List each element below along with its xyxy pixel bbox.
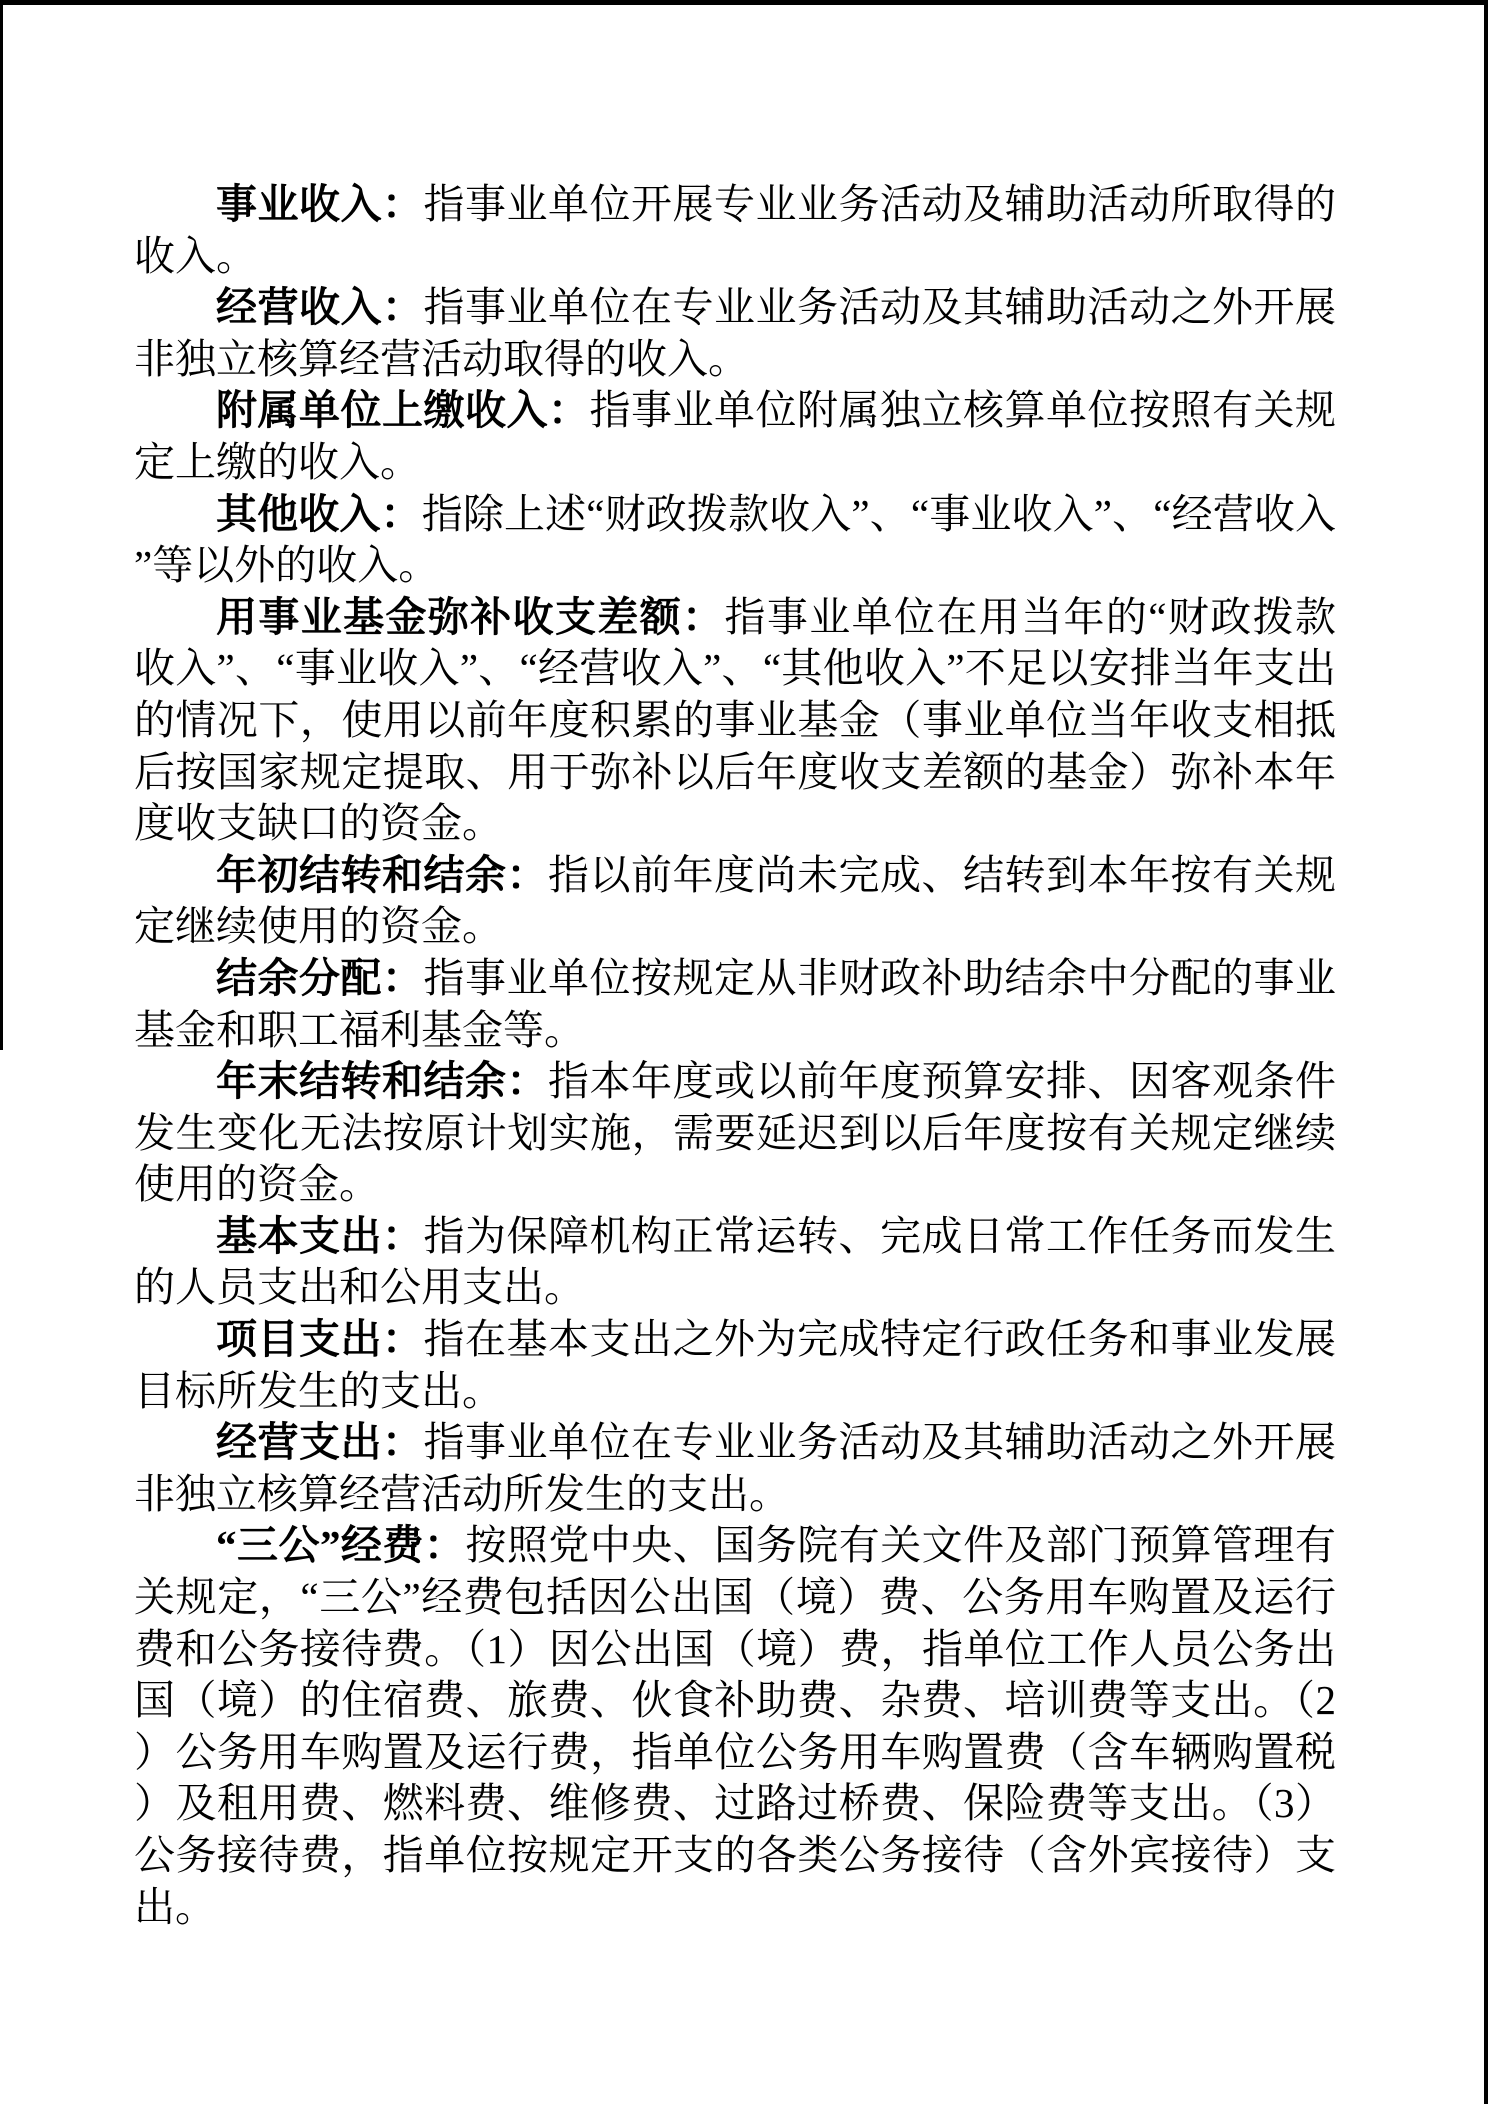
definition-paragraph: 基本支出：指为保障机构正常运转、完成日常工作任务而发生的人员支出和公用支出。 [134,1211,1336,1314]
definition-paragraph: 其他收入：指除上述“财政拨款收入”、“事业收入”、“经营收入”等以外的收入。 [134,489,1336,592]
scan-edge-top [0,0,1488,5]
definition-paragraph: 用事业基金弥补收支差额：指事业单位在用当年的“财政拨款收入”、“事业收入”、“经… [134,592,1336,850]
term-label: 基本支出： [216,1213,424,1259]
scan-edge-left [0,0,3,1050]
definition-paragraph: “三公”经费：按照党中央、国务院有关文件及部门预算管理有关规定，“三公”经费包括… [134,1520,1336,1933]
definition-text: 按照党中央、国务院有关文件及部门预算管理有关规定，“三公”经费包括因公出国（境）… [134,1522,1336,1929]
term-label: “三公”经费： [216,1522,465,1568]
definition-paragraph: 经营收入：指事业单位在专业业务活动及其辅助活动之外开展非独立核算经营活动取得的收… [134,282,1336,385]
term-label: 事业收入： [216,181,424,227]
term-label: 结余分配： [216,955,424,1001]
definition-paragraph: 附属单位上缴收入：指事业单位附属独立核算单位按照有关规定上缴的收入。 [134,385,1336,488]
scan-edge-right [1484,0,1488,2104]
term-label: 用事业基金弥补收支差额： [216,594,725,640]
term-label: 经营收入： [216,284,424,330]
definition-paragraph: 事业收入：指事业单位开展专业业务活动及辅助活动所取得的收入。 [134,179,1336,282]
definition-paragraph: 年初结转和结余：指以前年度尚未完成、结转到本年按有关规定继续使用的资金。 [134,850,1336,953]
definition-paragraph: 项目支出：指在基本支出之外为完成特定行政任务和事业发展目标所发生的支出。 [134,1314,1336,1417]
definition-paragraph: 结余分配：指事业单位按规定从非财政补助结余中分配的事业基金和职工福利基金等。 [134,953,1336,1056]
term-label: 其他收入： [216,491,422,537]
term-label: 附属单位上缴收入： [216,387,590,433]
term-label: 项目支出： [216,1316,424,1362]
term-label: 年末结转和结余： [216,1058,548,1104]
definition-paragraph: 经营支出：指事业单位在专业业务活动及其辅助活动之外开展非独立核算经营活动所发生的… [134,1417,1336,1520]
definitions-text-block: 事业收入：指事业单位开展专业业务活动及辅助活动所取得的收入。经营收入：指事业单位… [134,179,1336,1933]
document-page: 事业收入：指事业单位开展专业业务活动及辅助活动所取得的收入。经营收入：指事业单位… [0,0,1488,2104]
term-label: 经营支出： [216,1419,424,1465]
definition-paragraph: 年末结转和结余：指本年度或以前年度预算安排、因客观条件发生变化无法按原计划实施，… [134,1056,1336,1211]
term-label: 年初结转和结余： [216,852,548,898]
